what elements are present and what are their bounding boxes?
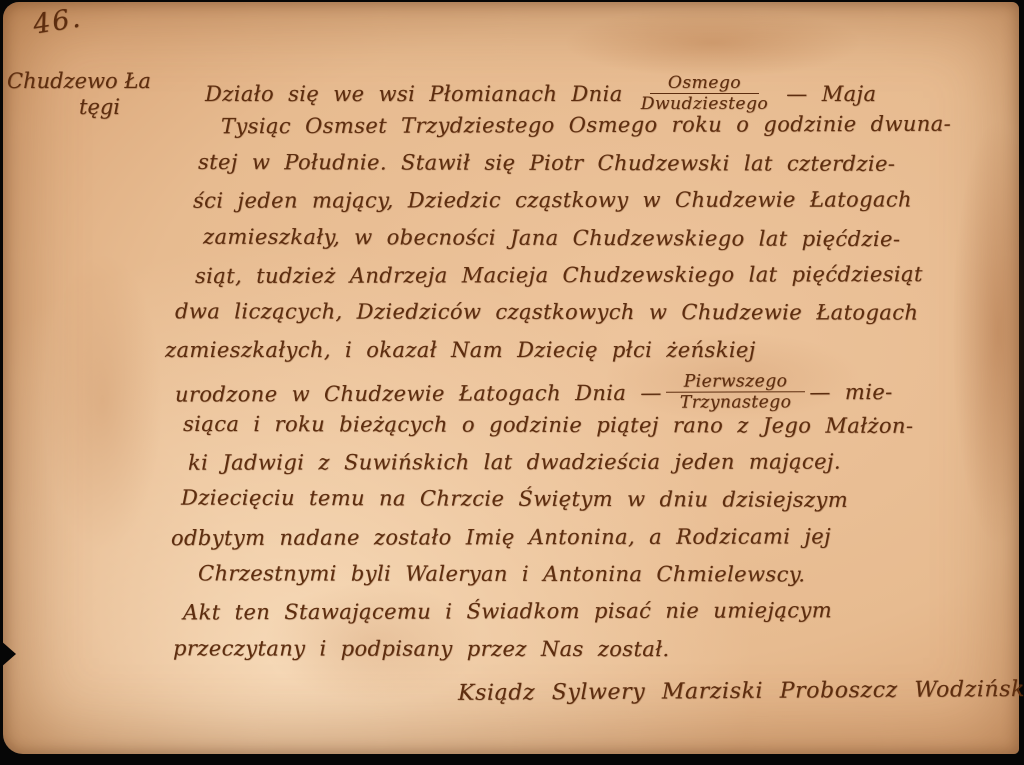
paper-stain — [43, 252, 163, 552]
record-line-text: — Maja — [772, 82, 876, 106]
margin-note-line2: tęgi — [7, 94, 151, 120]
dual-calendar-date: PierwszegoTrzynastego — [666, 372, 806, 412]
record-line-text: dwa liczących, Dziedziców cząstkowych w … — [175, 300, 918, 325]
record-line: Chrzestnymi byli Waleryan i Antonina Chm… — [163, 561, 1013, 600]
record-line: Dziecięciu temu na Chrzcie Świętym w dni… — [163, 486, 1013, 526]
margin-place-note: Chudzewo Ła tęgi — [7, 68, 151, 120]
record-line: siąca i roku bieżących o godzinie piątej… — [163, 411, 1013, 451]
record-line: przeczytany i podpisany przez Nas został… — [163, 636, 1013, 675]
paper-stain — [563, 8, 863, 78]
record-line: odbytym nadane zostało Imię Antonina, a … — [163, 524, 1013, 564]
record-line-text: Akt ten Stawającemu i Świadkom pisać nie… — [183, 599, 832, 625]
record-line: ki Jadwigi z Suwińskich lat dwadzieścia … — [163, 449, 1013, 488]
entry-number: 46. — [31, 2, 84, 40]
record-line-text: Dziecięciu temu na Chrzcie Świętym w dni… — [181, 486, 848, 512]
scan-edge-notch — [0, 640, 16, 668]
record-line-text: Tysiąc Osmset Trzydziestego Osmego roku … — [221, 112, 951, 139]
record-line-text: zamieszkały, w obecności Jana Chudzewski… — [203, 224, 900, 250]
record-line-text: zamieszkałych, i okazał Nam Dziecię płci… — [165, 338, 756, 362]
record-line-text: przeczytany i podpisany przez Nas został… — [173, 636, 670, 661]
dual-calendar-date: OsmegoDwudziestego — [641, 74, 768, 113]
record-line-text: stej w Południe. Stawił się Piotr Chudze… — [198, 150, 895, 176]
record-line: zamieszkały, w obecności Jana Chudzewski… — [163, 224, 1013, 264]
record-line-text: Działo się we wsi Płomianach Dnia — [205, 82, 637, 106]
record-line-text: Chrzestnymi byli Waleryan i Antonina Chm… — [198, 561, 805, 586]
record-line: stej w Południe. Stawił się Piotr Chudze… — [163, 150, 1013, 190]
record-line-text: urodzone w Chudzewie Łatogach Dnia — — [175, 381, 662, 407]
record-line: urodzone w Chudzewie Łatogach Dnia —Pier… — [163, 374, 1013, 414]
paper-page: 46. Chudzewo Ła tęgi Działo się we wsi P… — [3, 2, 1019, 754]
record-line: Działo się we wsi Płomianach Dnia Osmego… — [163, 76, 1013, 113]
scanned-document: 46. Chudzewo Ła tęgi Działo się we wsi P… — [0, 0, 1024, 765]
record-line: Tysiąc Osmset Trzydziestego Osmego roku … — [163, 112, 1013, 152]
record-line-text: odbytym nadane zostało Imię Antonina, a … — [171, 524, 831, 550]
record-line: Akt ten Stawającemu i Świadkom pisać nie… — [163, 598, 1013, 638]
priest-signature: Ksiądz Sylwery Marziski Proboszcz Wodziń… — [163, 677, 1013, 708]
record-line-text: siąca i roku bieżących o godzinie piątej… — [183, 411, 913, 437]
record-line: dwa liczących, Dziedziców cząstkowych w … — [163, 300, 1013, 339]
record-line-text: siąt, tudzież Andrzeja Macieja Chudzewsk… — [195, 262, 923, 288]
record-line-text: ści jeden mający, Dziedzic cząstkowy w C… — [193, 188, 912, 213]
record-line: ści jeden mający, Dziedzic cząstkowy w C… — [163, 187, 1013, 226]
record-text: Działo się we wsi Płomianach Dnia Osmego… — [163, 76, 1013, 705]
record-line: zamieszkałych, i okazał Nam Dziecię płci… — [163, 338, 1013, 375]
record-line-text: — mie- — [809, 380, 892, 404]
record-line: siąt, tudzież Andrzeja Macieja Chudzewsk… — [163, 262, 1013, 302]
record-line-text: ki Jadwigi z Suwińskich lat dwadzieścia … — [188, 449, 841, 474]
margin-note-line1: Chudzewo Ła — [7, 69, 151, 93]
